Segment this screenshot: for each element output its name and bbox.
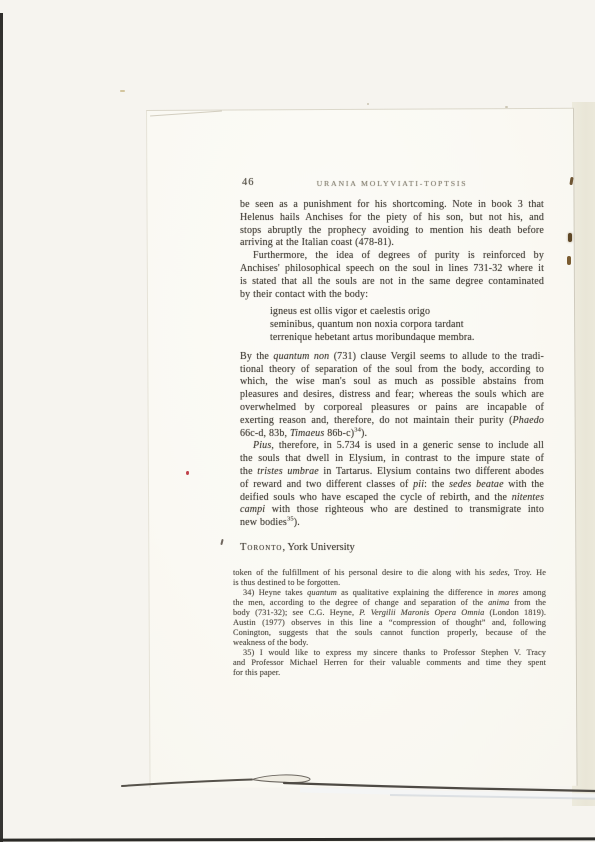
footnote-line: and Professor Michael Herren for their v… — [233, 658, 546, 668]
scan-left-edge-strip — [0, 13, 3, 842]
footnote-line: body (731-32); see C.G. Heyne, P. Vergil… — [233, 608, 546, 618]
signature-affiliation: , York University — [282, 542, 354, 553]
footnote-line: 35) I would like to express my sincere t… — [233, 648, 546, 658]
text-line: deified souls who have escaped the cycle… — [240, 492, 544, 505]
text-line: by their contact with the body: — [240, 289, 544, 302]
footnote-line: Austin (1977) observes in this line a “c… — [233, 618, 546, 628]
brown-stain-speck — [567, 256, 571, 265]
text-line: Pius, therefore, in 5.734 is used in a g… — [240, 440, 544, 453]
text-line: tional theory of separation of the soul … — [240, 364, 544, 377]
running-head: URANIA MOLYVIATI-TOPTSIS — [240, 179, 544, 188]
page-bottom-edge — [0, 770, 595, 810]
latin-quote: igneus est ollis vigor et caelestis orig… — [270, 306, 544, 344]
quote-line: igneus est ollis vigor et caelestis orig… — [270, 306, 544, 319]
signature: Toronto, York University — [240, 542, 544, 553]
text-line: campi with those righteous who are desti… — [240, 504, 544, 517]
text-line: arriving at the Italian coast (478-81). — [240, 237, 544, 250]
brown-stain-speck — [568, 233, 572, 242]
dust-speck — [367, 103, 369, 105]
paragraph: Furthermore, the idea of degrees of puri… — [240, 250, 544, 301]
footnotes: token of the fulfillment of his personal… — [233, 568, 546, 679]
text-line: new bodies35). — [240, 517, 544, 530]
text-line: of reward and two different classes of p… — [240, 479, 544, 492]
paragraph: be seen as a punishment for his shortcom… — [240, 199, 544, 250]
text-line: Helenus hails Anchises for the piety of … — [240, 212, 544, 225]
page-header: 46 URANIA MOLYVIATI-TOPTSIS — [240, 177, 544, 189]
footnote-line: the men, according to the degree of chan… — [233, 598, 546, 608]
text-line: 66c-d, 83b, Timaeus 86b-c)34). — [240, 428, 544, 441]
footnote-line: weakness of the body. — [233, 638, 546, 648]
signature-city: Toronto — [240, 542, 282, 553]
text-line: stops abruptly the prophecy avoiding to … — [240, 225, 544, 238]
text-line: be seen as a punishment for his shortcom… — [240, 199, 544, 212]
text-line: the tristes umbrae in Tartarus. Elysium … — [240, 466, 544, 479]
scan-bottom-frame-line — [0, 837, 595, 841]
body-blocks: be seen as a punishment for his shortcom… — [240, 199, 544, 530]
text-line: is stated that all the souls are not in … — [240, 276, 544, 289]
text-line: overwhelmed by corporeal pleasures or pa… — [240, 402, 544, 415]
text-line: Anchises' philosophical speech on the so… — [240, 263, 544, 276]
tan-stain-speck — [120, 90, 125, 92]
paragraph: Pius, therefore, in 5.734 is used in a g… — [240, 440, 544, 530]
text-line: which, the wise man's soul as much as po… — [240, 376, 544, 389]
text-line: By the quantum non (731) clause Vergil s… — [240, 351, 544, 364]
footnote-line: token of the fulfillment of his personal… — [233, 568, 546, 578]
quote-line: terrenique hebetant artus moribundaque m… — [270, 332, 544, 345]
footnote-line: Conington, suggests that the souls canno… — [233, 628, 546, 638]
quote-line: seminibus, quantum non noxia corpora tar… — [270, 319, 544, 332]
text-line: Furthermore, the idea of degrees of puri… — [240, 250, 544, 263]
text-line: pleasures and desires, distress and fear… — [240, 389, 544, 402]
text-column: 46 URANIA MOLYVIATI-TOPTSIS be seen as a… — [240, 177, 544, 553]
footnote-line: is thus destined to be forgotten. — [233, 578, 546, 588]
paragraph: By the quantum non (731) clause Vergil s… — [240, 351, 544, 441]
footnote-line: 34) Heyne takes quantum as qualitative e… — [233, 588, 546, 598]
text-line: exerting reason and, therefore, do not m… — [240, 415, 544, 428]
scanned-document: 46 URANIA MOLYVIATI-TOPTSIS be seen as a… — [0, 0, 595, 842]
red-ink-speck — [186, 471, 189, 475]
text-line: the souls that dwell in Elysium, in cont… — [240, 453, 544, 466]
footnote-line: for this paper. — [233, 668, 546, 678]
dust-speck — [505, 106, 508, 108]
